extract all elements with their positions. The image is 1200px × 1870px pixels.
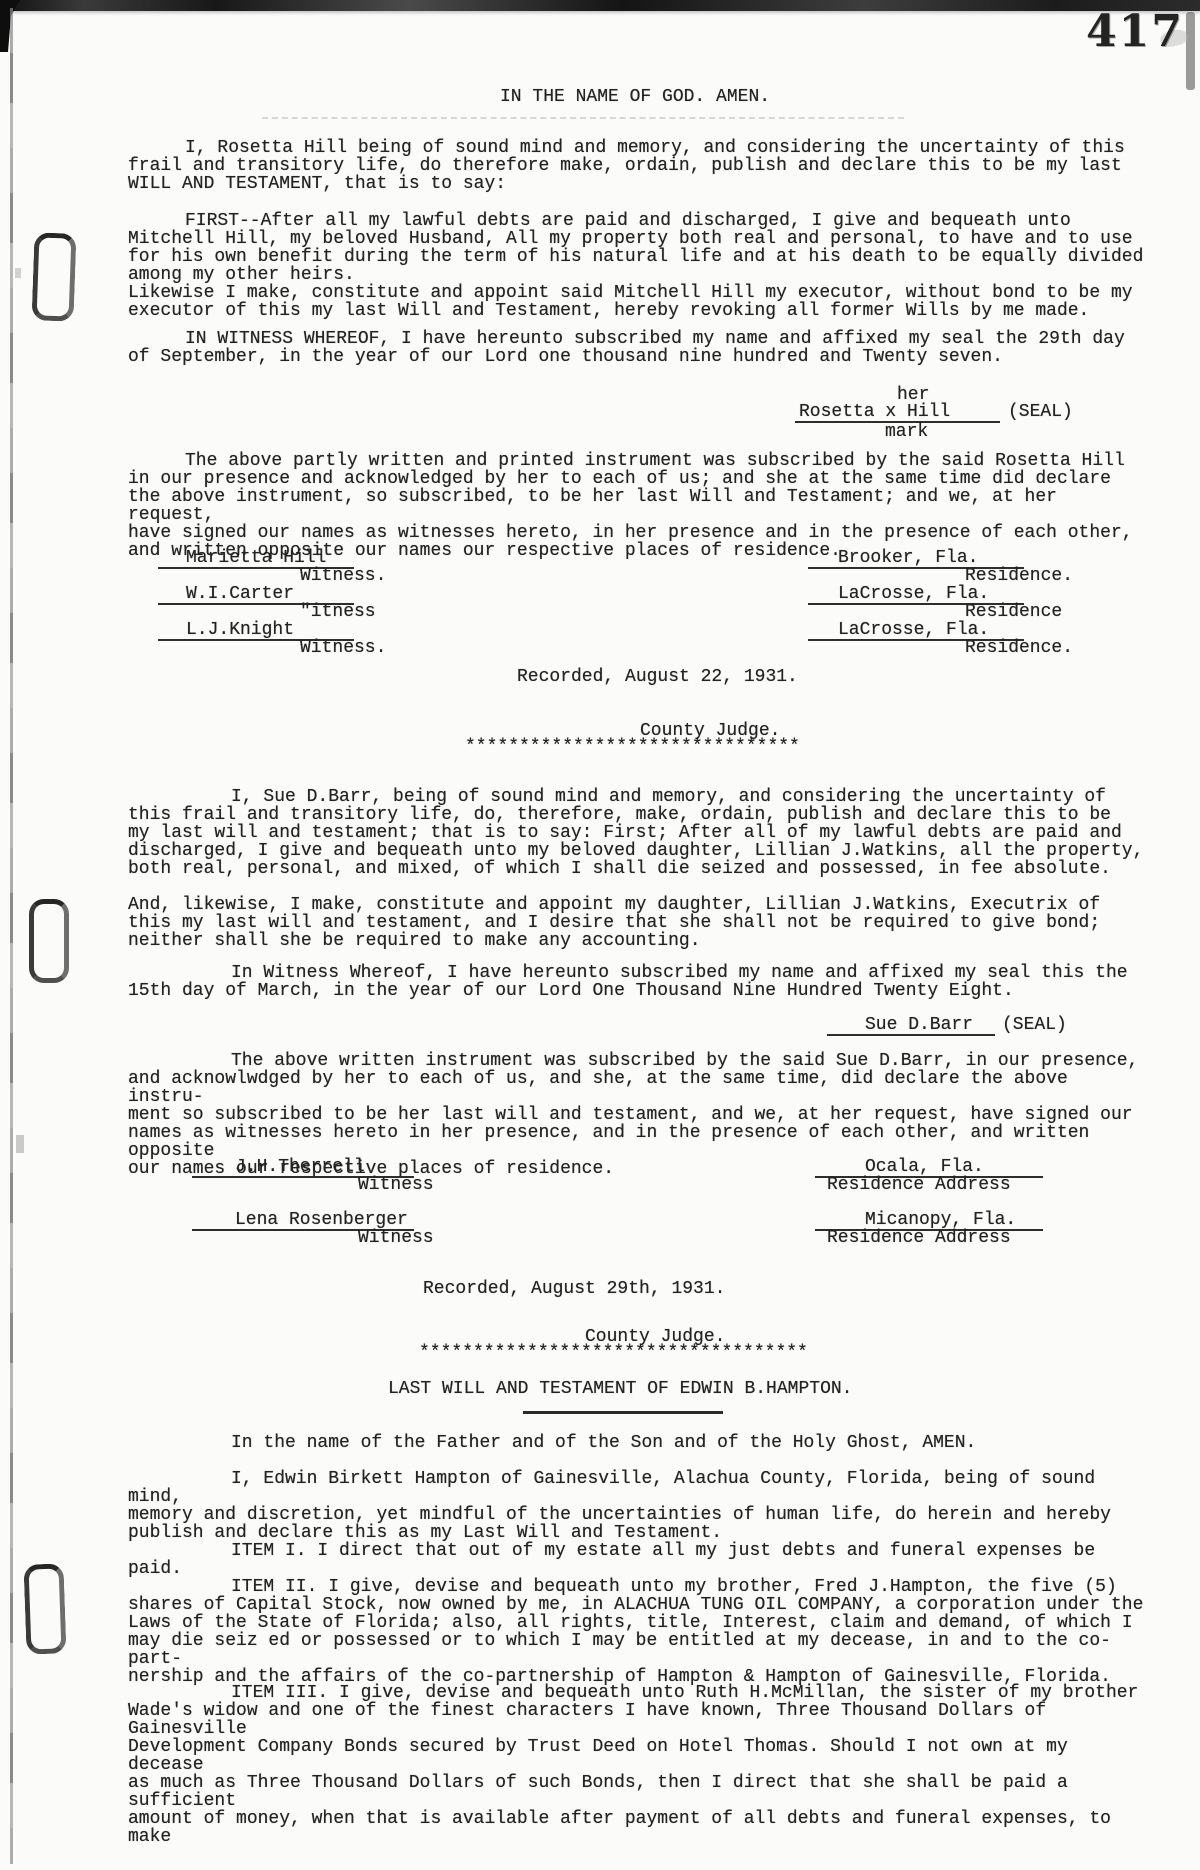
recorded-date-line: Recorded, August 22, 1931. (517, 668, 798, 686)
title-underline-rule (523, 1411, 723, 1414)
hampton-item-2: ITEM II. I give, devise and bequeath unt… (128, 1578, 1148, 1686)
seal-label: (SEAL) (1002, 1016, 1067, 1034)
seal-label: (SEAL) (1008, 403, 1073, 421)
witness-row: W.I.Carter "itness LaCrosse, Fla. Reside… (0, 585, 1200, 623)
witness-label: "itness (300, 603, 376, 621)
barr-signature-name: Sue D.Barr (827, 1016, 995, 1036)
hampton-intro-paragraph: I, Edwin Birkett Hampton of Gainesville,… (128, 1470, 1148, 1542)
scanned-probate-record-page: { "colors": { "ink": "#232323", "paper":… (0, 0, 1200, 1870)
scan-speck (16, 1135, 24, 1153)
residence-label: Residence. (965, 567, 1073, 585)
residence-label: Residence. (965, 639, 1073, 657)
document-heading: IN THE NAME OF GOD. AMEN. (500, 88, 770, 106)
faded-dashed-line (262, 117, 904, 119)
hampton-will-title: LAST WILL AND TESTAMENT OF EDWIN B.HAMPT… (388, 1380, 852, 1398)
signature-mark-label: mark (885, 423, 928, 441)
rosetta-signature-name: Rosetta x Hill (795, 403, 1000, 423)
barr-likewise-paragraph: And, likewise, I make, constitute and ap… (128, 896, 1148, 950)
witness-label: Witness (358, 1176, 434, 1194)
residence-label: Residence Address (827, 1176, 1011, 1194)
witness-row: L.J.Knight Witness. LaCrosse, Fla. Resid… (0, 621, 1200, 659)
hampton-item-3: ITEM III. I give, devise and bequeath un… (128, 1684, 1148, 1846)
page-number: 417 (1086, 8, 1184, 56)
scan-left-edge-line (10, 8, 13, 1864)
rosetta-signature-block: her Rosetta x Hill (SEAL) mark (0, 386, 1200, 446)
witness-label: Witness (358, 1229, 434, 1247)
scan-right-smudge (1186, 12, 1195, 90)
barr-intro-paragraph: I, Sue D.Barr, being of sound mind and m… (128, 788, 1148, 878)
scan-top-edge (0, 0, 1200, 11)
rosetta-witness-whereof: IN WITNESS WHEREOF, I have hereunto subs… (128, 330, 1148, 366)
rosetta-attestation-paragraph: The above partly written and printed ins… (128, 452, 1148, 560)
rosetta-intro-paragraph: I, Rosetta Hill being of sound mind and … (128, 139, 1148, 193)
residence-label: Residence Address (827, 1229, 1011, 1247)
hampton-invocation: In the name of the Father and of the Son… (231, 1434, 976, 1452)
asterisk-separator: ************************************ (419, 1344, 808, 1362)
binder-fastener-loop (29, 899, 69, 983)
binder-fastener-loop (31, 232, 76, 321)
binder-fastener-loop (23, 1563, 66, 1654)
witness-label: Witness. (300, 639, 386, 657)
recorded-date-line: Recorded, August 29th, 1931. (423, 1280, 725, 1298)
witness-row: J.H.Therrell Witness Ocala, Fla. Residen… (0, 1158, 1200, 1196)
residence-label: Residence (965, 603, 1062, 621)
witness-row: Marietta Hill Witness. Brooker, Fla. Res… (0, 549, 1200, 587)
barr-witness-whereof: In Witness Whereof, I have hereunto subs… (128, 964, 1148, 1000)
witness-label: Witness. (300, 567, 386, 585)
scan-speck (15, 268, 21, 278)
rosetta-first-clause: FIRST--After all my lawful debts are pai… (128, 212, 1148, 320)
witness-row: Lena Rosenberger Witness Micanopy, Fla. … (0, 1211, 1200, 1249)
hampton-item-1: ITEM I. I direct that out of my estate a… (128, 1542, 1148, 1578)
barr-signature-block: Sue D.Barr (SEAL) (0, 1016, 1200, 1040)
asterisk-separator: ******************************* (465, 738, 800, 756)
